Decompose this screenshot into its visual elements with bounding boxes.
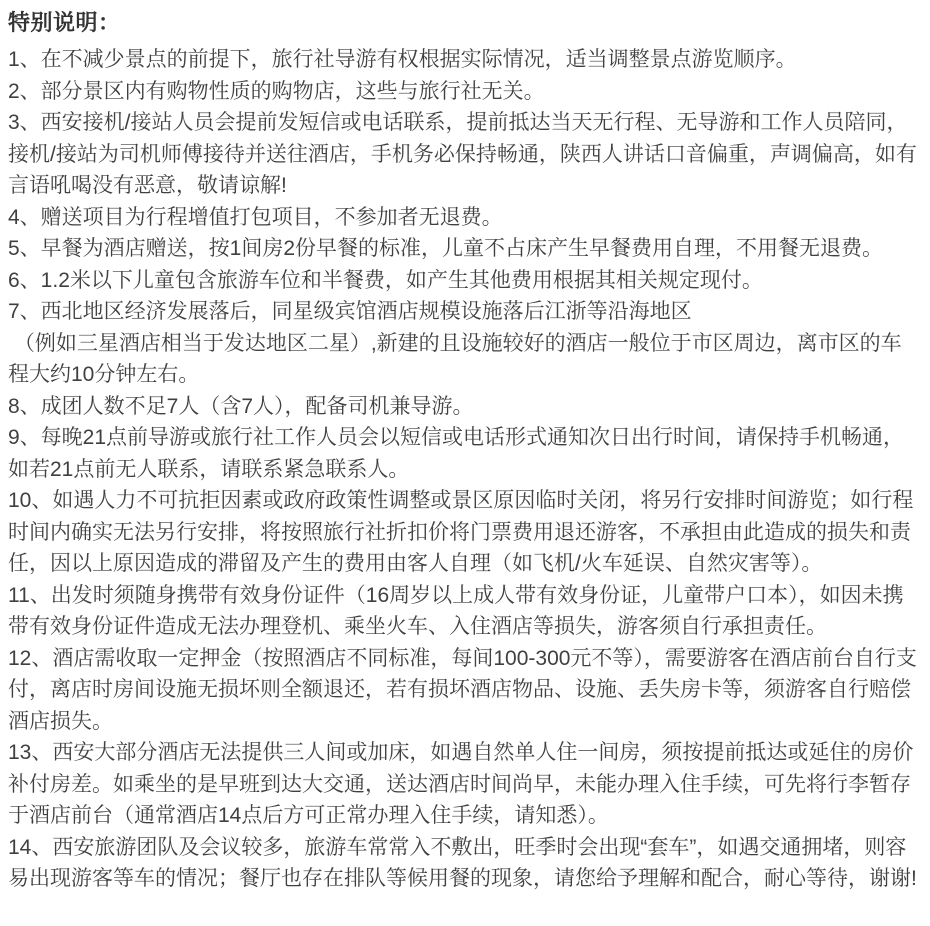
list-item: 3、西安接机/接站人员会提前发短信或电话联系，提前抵达当天无行程、无导游和工作人… <box>8 107 922 202</box>
list-item: 12、酒店需收取一定押金（按照酒店不同标准，每间100-300元不等），需要游客… <box>8 643 922 738</box>
list-item: 11、出发时须随身携带有效身份证件（16周岁以上成人带有效身份证，儿童带户口本）… <box>8 580 922 643</box>
list-item: 4、赠送项目为行程增值打包项目，不参加者无退费。 <box>8 202 922 234</box>
list-item: 14、西安旅游团队及会议较多，旅游车常常入不敷出，旺季时会出现“套车”，如遇交通… <box>8 832 922 895</box>
list-item: 9、每晚21点前导游或旅行社工作人员会以短信或电话形式通知次日出行时间，请保持手… <box>8 422 922 485</box>
list-item: 1、在不减少景点的前提下，旅行社导游有权根据实际情况，适当调整景点游览顺序。 <box>8 44 922 76</box>
list-item: 7、西北地区经济发展落后，同星级宾馆酒店规模设施落后江浙等沿海地区 （例如三星酒… <box>8 296 922 391</box>
list-item: 2、部分景区内有购物性质的购物店，这些与旅行社无关。 <box>8 76 922 108</box>
page-title: 特别说明： <box>8 10 922 36</box>
list-item: 5、早餐为酒店赠送，按1间房2份早餐的标准，儿童不占床产生早餐费用自理，不用餐无… <box>8 233 922 265</box>
list-item: 8、成团人数不足7人（含7人），配备司机兼导游。 <box>8 391 922 423</box>
list-item: 10、如遇人力不可抗拒因素或政府政策性调整或景区原因临时关闭，将另行安排时间游览… <box>8 485 922 580</box>
list-item: 13、西安大部分酒店无法提供三人间或加床，如遇自然单人住一间房，须按提前抵达或延… <box>8 737 922 832</box>
list-item: 6、1.2米以下儿童包含旅游车位和半餐费，如产生其他费用根据其相关规定现付。 <box>8 265 922 297</box>
special-notes-document: 特别说明： 1、在不减少景点的前提下，旅行社导游有权根据实际情况，适当调整景点游… <box>0 0 930 905</box>
notes-list: 1、在不减少景点的前提下，旅行社导游有权根据实际情况，适当调整景点游览顺序。2、… <box>8 44 922 895</box>
